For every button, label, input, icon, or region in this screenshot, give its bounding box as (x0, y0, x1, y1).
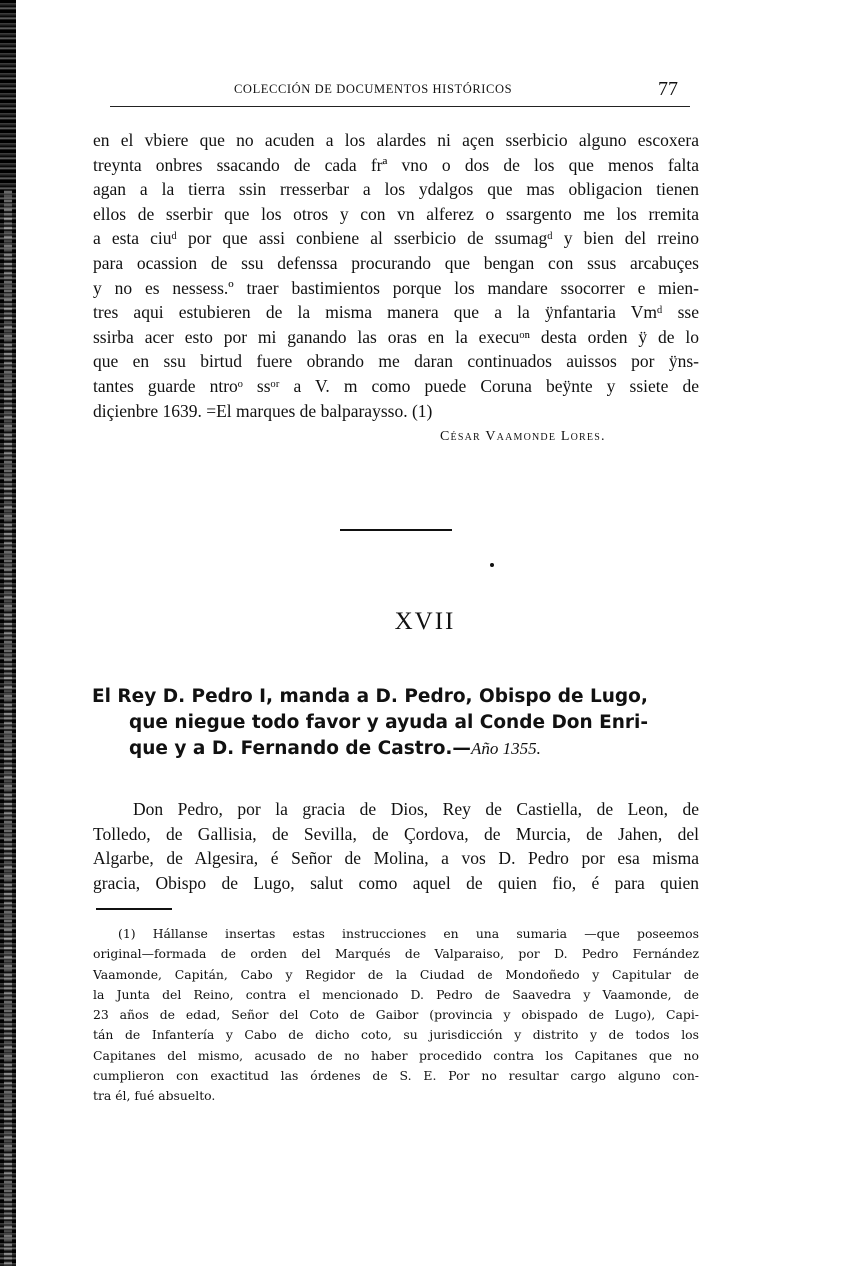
text-line: ssirba acer esto por mi ganando las oras… (93, 325, 699, 350)
footnote-line: cumplieron con exactitud las órdenes de … (93, 1066, 699, 1086)
text-line: treynta onbres ssacando de cada frª vno … (93, 153, 699, 178)
heading-line: que niegue todo favor y ayuda al Conde D… (92, 710, 702, 736)
footnote-line: Capitanes del mismo, acusado de no haber… (93, 1046, 699, 1066)
text-line: tres aqui estubieren de la misma manera … (93, 300, 699, 325)
text-line: que en ssu birtud fuere obrando me daran… (93, 349, 699, 374)
text-line: diçienbre 1639. =El marques de balparays… (93, 399, 699, 424)
running-header: Colección de documentos históricos 77 (110, 78, 690, 107)
heading-line: El Rey D. Pedro I, manda a D. Pedro, Obi… (92, 684, 702, 710)
footnote-divider (96, 908, 172, 910)
charter-text: Don Pedro, por la gracia de Dios, Rey de… (93, 797, 699, 895)
heading-date: Año 1355. (471, 739, 541, 758)
text-line: y no es nessess.º traer bastimientos por… (93, 276, 699, 301)
section-number: XVII (0, 608, 850, 636)
text-line: Algarbe, de Algesira, é Señor de Molina,… (93, 846, 699, 871)
footnote: (1) Hállanse insertas estas instruccione… (93, 924, 699, 1107)
scan-speck (490, 563, 494, 567)
running-title: Colección de documentos históricos (234, 82, 512, 97)
text-line: Don Pedro, por la gracia de Dios, Rey de… (93, 797, 699, 822)
text-line: para ocassion de ssu defenssa procurando… (93, 251, 699, 276)
section-divider (340, 529, 452, 531)
heading-line-with-date: que y a D. Fernando de Castro.—Año 1355. (92, 736, 702, 762)
footnote-line: la Junta del Reino, contra el mencionado… (93, 985, 699, 1005)
footnote-line: tra él, fué absuelto. (93, 1086, 699, 1106)
text-line: Tolledo, de Gallisia, de Sevilla, de Çor… (93, 822, 699, 847)
footnote-line: tán de Infantería y Cabo de dicho coto, … (93, 1025, 699, 1045)
heading-line: que y a D. Fernando de Castro.— (129, 738, 471, 759)
author-signature: César Vaamonde Lores. (440, 429, 606, 445)
text-line: gracia, Obispo de Lugo, salut como aquel… (93, 871, 699, 896)
text-line: tantes guarde ntroᵒ ssᵒʳ a V. m como pue… (93, 374, 699, 399)
text-line: en el vbiere que no acuden a los alardes… (93, 128, 699, 153)
page-number: 77 (658, 78, 678, 101)
footnote-line: Vaamonde, Capitán, Cabo y Regidor de la … (93, 965, 699, 985)
letter-text: en el vbiere que no acuden a los alardes… (93, 128, 699, 423)
footnote-line: (1) Hállanse insertas estas instruccione… (93, 924, 699, 944)
document-heading: El Rey D. Pedro I, manda a D. Pedro, Obi… (92, 684, 702, 762)
footnote-line: original—formada de orden del Marqués de… (93, 944, 699, 964)
text-line: ellos de sserbir que los otros y con vn … (93, 202, 699, 227)
text-line: agan a la tierra ssin rresserbar a los y… (93, 177, 699, 202)
text-line: a esta ciuᵈ por que assi conbiene al sse… (93, 226, 699, 251)
footnote-line: 23 años de edad, Señor del Coto de Gaibo… (93, 1005, 699, 1025)
